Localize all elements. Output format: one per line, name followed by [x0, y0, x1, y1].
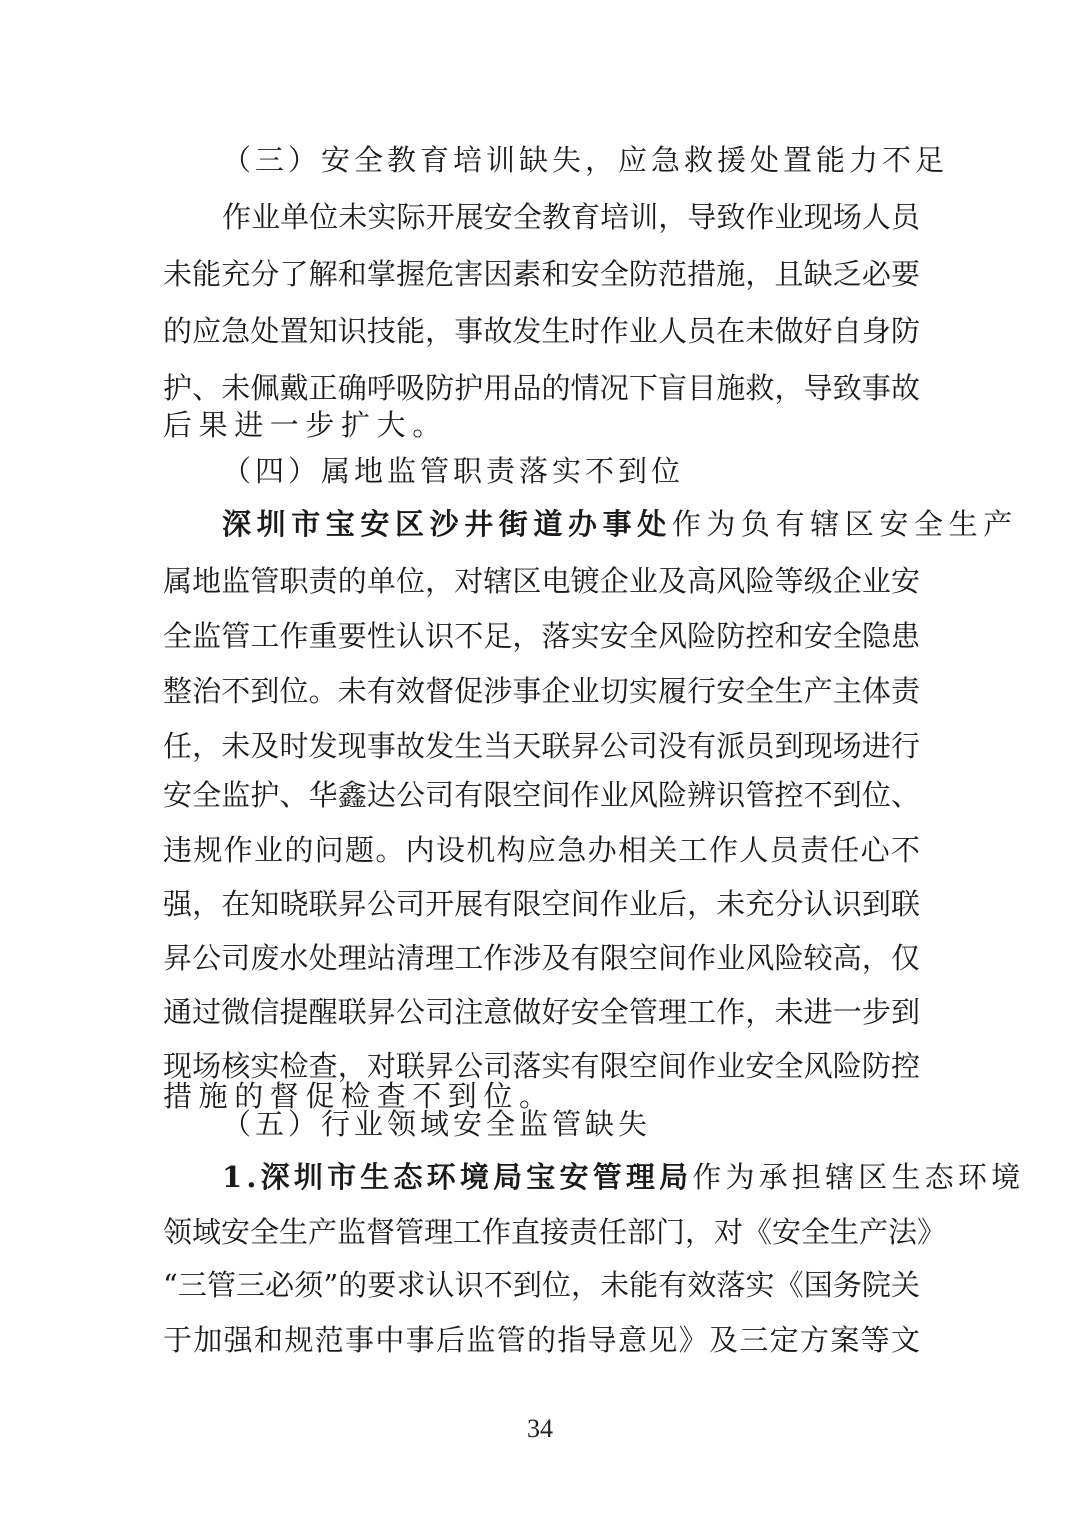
paragraph-line-last: 后果进一步扩大。	[163, 405, 920, 445]
paragraph-line: 护、未佩戴正确呼吸防护用品的情况下盲目施救，导致事故	[163, 368, 920, 408]
paragraph-first-line: 深圳市宝安区沙井街道办事处作为负有辖区安全生产	[222, 504, 920, 544]
paragraph-line: 昇公司废水处理站清理工作涉及有限空间作业风险较高，仅	[163, 938, 920, 978]
paragraph-line: 任，未及时发现事故发生当天联昇公司没有派员到现场进行	[163, 726, 920, 766]
document-page: （三）安全教育培训缺失，应急救援处置能力不足 作业单位未实际开展安全教育培训，导…	[0, 0, 1080, 1527]
paragraph-line: 作业单位未实际开展安全教育培训，导致作业现场人员	[222, 197, 920, 237]
paragraph-line: 全监管工作重要性认识不足，落实安全风险防控和安全隐患	[163, 616, 920, 656]
paragraph-first-line: 1.深圳市生态环境局宝安管理局作为承担辖区生态环境	[222, 1157, 920, 1197]
section-heading-3: （三）安全教育培训缺失，应急救援处置能力不足	[222, 140, 979, 180]
paragraph-line: 的应急处置知识技能，事故发生时作业人员在未做好自身防	[163, 311, 920, 351]
paragraph-line: 通过微信提醒联昇公司注意做好安全管理工作，未进一步到	[163, 992, 920, 1032]
paragraph-line: 属地监管职责的单位，对辖区电镀企业及高风险等级企业安	[163, 561, 920, 601]
paragraph-line: 安全监护、华鑫达公司有限空间作业风险辨识管控不到位、	[163, 775, 920, 815]
paragraph-line: “三管三必须”的要求认识不到位，未能有效落实《国务院关	[163, 1265, 920, 1305]
page-number: 34	[0, 1414, 1080, 1444]
section-heading-4: （四）属地监管职责落实不到位	[222, 451, 979, 491]
paragraph-line: 于加强和规范事中事后监管的指导意见》及三定方案等文	[163, 1320, 920, 1360]
bold-entity-name: 1.深圳市生态环境局宝安管理局	[222, 1160, 692, 1194]
bold-entity-name: 深圳市宝安区沙井街道办事处	[222, 507, 672, 541]
paragraph-line: 未能充分了解和掌握危害因素和安全防范措施，且缺乏必要	[163, 254, 920, 294]
paragraph-text: 作为负有辖区安全生产	[672, 507, 1018, 541]
paragraph-line: 整治不到位。未有效督促涉事企业切实履行安全生产主体责	[163, 671, 920, 711]
paragraph-line: 领域安全生产监督管理工作直接责任部门，对《安全生产法》	[163, 1212, 920, 1252]
paragraph-line: 强，在知晓联昇公司开展有限空间作业后，未充分认识到联	[163, 884, 920, 924]
section-heading-5: （五）行业领域安全监管缺失	[222, 1104, 979, 1144]
paragraph-text: 作为承担辖区生态环境	[692, 1160, 1024, 1194]
paragraph-line: 违规作业的问题。内设机构应急办相关工作人员责任心不	[163, 830, 920, 870]
